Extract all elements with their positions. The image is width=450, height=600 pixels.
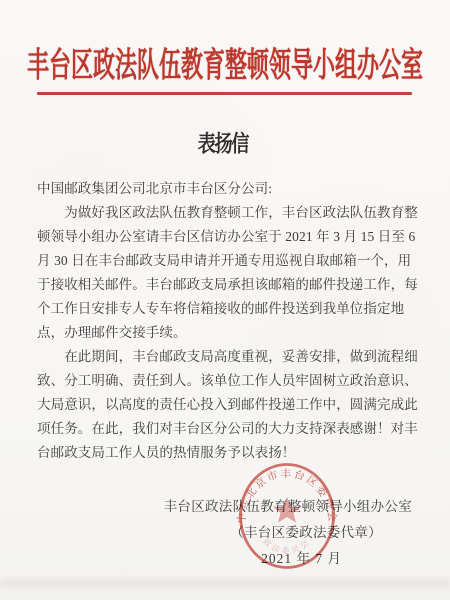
- body-line: 月 30 日在丰台邮政支局申请并开通专用巡视自取邮箱一个，用: [37, 249, 417, 273]
- body-line: 大局意识，以高度的责任心投入到邮件投递工作中，圆满完成此: [37, 393, 417, 417]
- body-line: 为做好我区政法队伍教育整顿工作，丰台区政法队伍教育整: [37, 201, 417, 225]
- body-line: 台邮政支局工作人员的热情服务予以表扬！: [37, 441, 417, 465]
- body-line: 中国邮政集团公司北京市丰台区分公司:: [37, 177, 417, 201]
- body-line: 顿领导小组办公室请丰台区信访办公室于 2021 年 3 月 15 日至 6: [37, 225, 417, 249]
- signature-organization: 丰台区政法队伍教育整顿领导小组办公室: [102, 494, 412, 520]
- body-line: 致、分工明确、责任到人。该单位工作人员牢固树立政治意识、: [37, 369, 417, 393]
- red-divider-line: [37, 92, 412, 95]
- body-line: 点，办理邮件交接手续。: [37, 321, 417, 345]
- body-line: 在此期间，丰台邮政支局高度重视，妥善安排，做到流程细: [37, 345, 417, 369]
- signature-block: 丰台区政法队伍教育整顿领导小组办公室 （丰台区委政法委代章） 2021 年 7 …: [102, 494, 412, 572]
- letter-title-row: 表扬信: [0, 133, 446, 157]
- letter-title: 表扬信: [198, 130, 248, 158]
- body-line: 个工作日安排专人专车将信箱接收的邮件投送到我单位指定地: [37, 297, 417, 321]
- letter-body: 中国邮政集团公司北京市丰台区分公司: 为做好我区政法队伍教育整顿工作，丰台区政法…: [37, 177, 417, 465]
- signature-proxy-note: （丰台区委政法委代章）: [102, 520, 412, 546]
- letterhead: 丰台区政法队伍教育整顿领导小组办公室: [0, 38, 450, 88]
- letterhead-title: 丰台区政法队伍教育整顿领导小组办公室: [27, 39, 423, 87]
- commendation-letter-document: 丰台区政法队伍教育整顿领导小组办公室 表扬信 中国邮政集团公司北京市丰台区分公司…: [0, 0, 450, 600]
- signature-date: 2021 年 7 月: [102, 546, 412, 572]
- body-line: 项任务。在此，我们对丰台区分公司的大力支持深表感谢！对丰: [37, 417, 417, 441]
- scan-shadow-artifact: [0, 576, 450, 590]
- body-line: 于接收相关邮件。丰台邮政支局承担该邮箱的邮件投递工作，每: [37, 273, 417, 297]
